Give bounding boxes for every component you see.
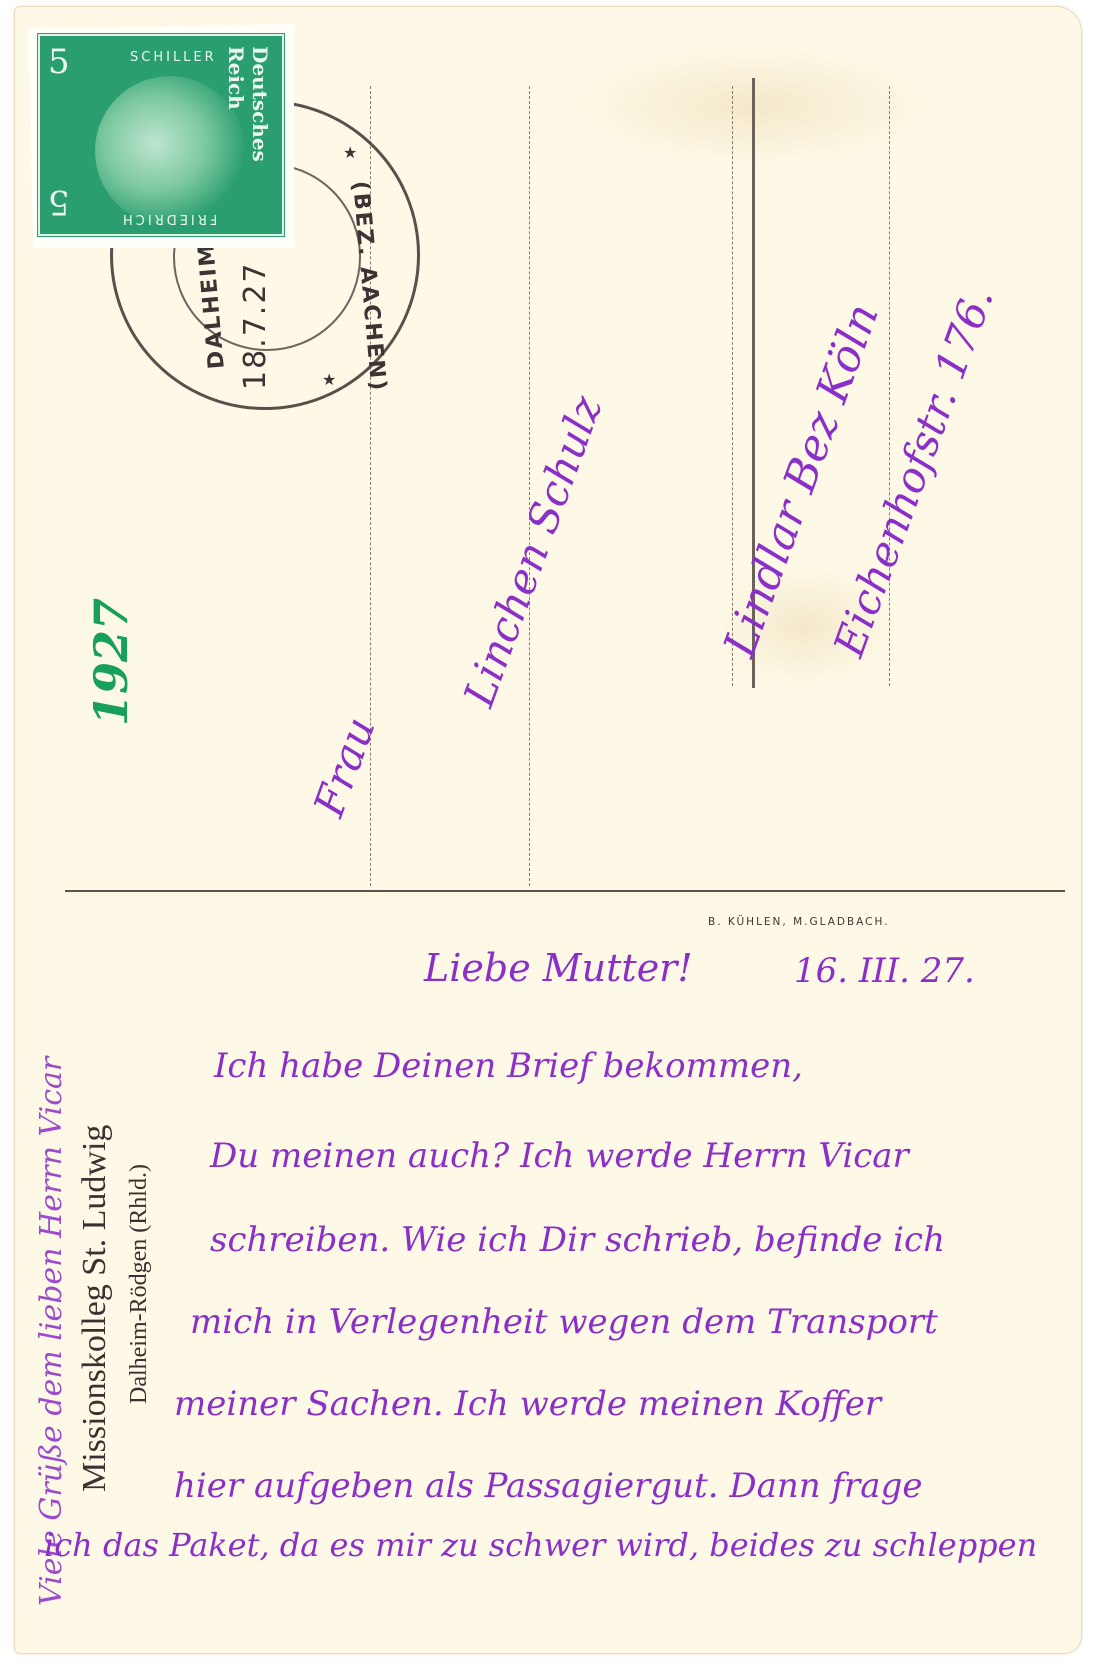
message-line: ich das Paket, da es mir zu schwer wird,… — [44, 1526, 1037, 1564]
stamp-value: 5 — [48, 182, 70, 222]
message-date: 16. III. 27. — [794, 951, 975, 991]
publisher-imprint: B. KÜHLEN, M.GLADBACH. — [708, 916, 890, 928]
message-line: Ich habe Deinen Brief bekommen, — [214, 1046, 803, 1086]
stamp-name-bottom: FRIEDRICH — [120, 211, 217, 226]
postmark-date: 18.7.27 — [238, 261, 273, 390]
message-line: mich in Verlegenheit wegen dem Transport — [190, 1302, 938, 1342]
message-line: hier aufgeben als Passagiergut. Dann fra… — [174, 1466, 922, 1506]
postage-stamp: 5 5 SCHILLER FRIEDRICH Deutsches Reich — [28, 24, 294, 248]
address-salutation: Frau — [304, 711, 385, 823]
stamp-country: Deutsches Reich — [224, 46, 272, 162]
margin-note: Viele Grüße dem lieben Herrn Vicar — [34, 1057, 69, 1606]
schiller-portrait — [95, 76, 245, 226]
postmark-star-icon: ★ — [322, 370, 336, 390]
message-line: Du meinen auch? Ich werde Herrn Vicar — [210, 1136, 909, 1176]
message-line: schreiben. Wie ich Dir schrieb, befinde … — [210, 1220, 945, 1260]
postmark-star-icon: ★ — [343, 143, 357, 163]
stamp-name-top: SCHILLER — [130, 50, 217, 65]
stamp-value: 5 — [48, 42, 70, 82]
address-name: Linchen Schulz — [454, 390, 612, 713]
message-divider — [65, 890, 1065, 892]
sender-imprint-line2: Dalheim-Rödgen (Rhld.) — [126, 1164, 153, 1404]
message-line: meiner Sachen. Ich werde meinen Koffer — [174, 1384, 881, 1424]
sender-imprint-line1: Missionskolleg St. Ludwig — [76, 1125, 114, 1492]
annotation-year: 1927 — [84, 598, 138, 726]
message-greeting: Liebe Mutter! — [424, 946, 693, 990]
